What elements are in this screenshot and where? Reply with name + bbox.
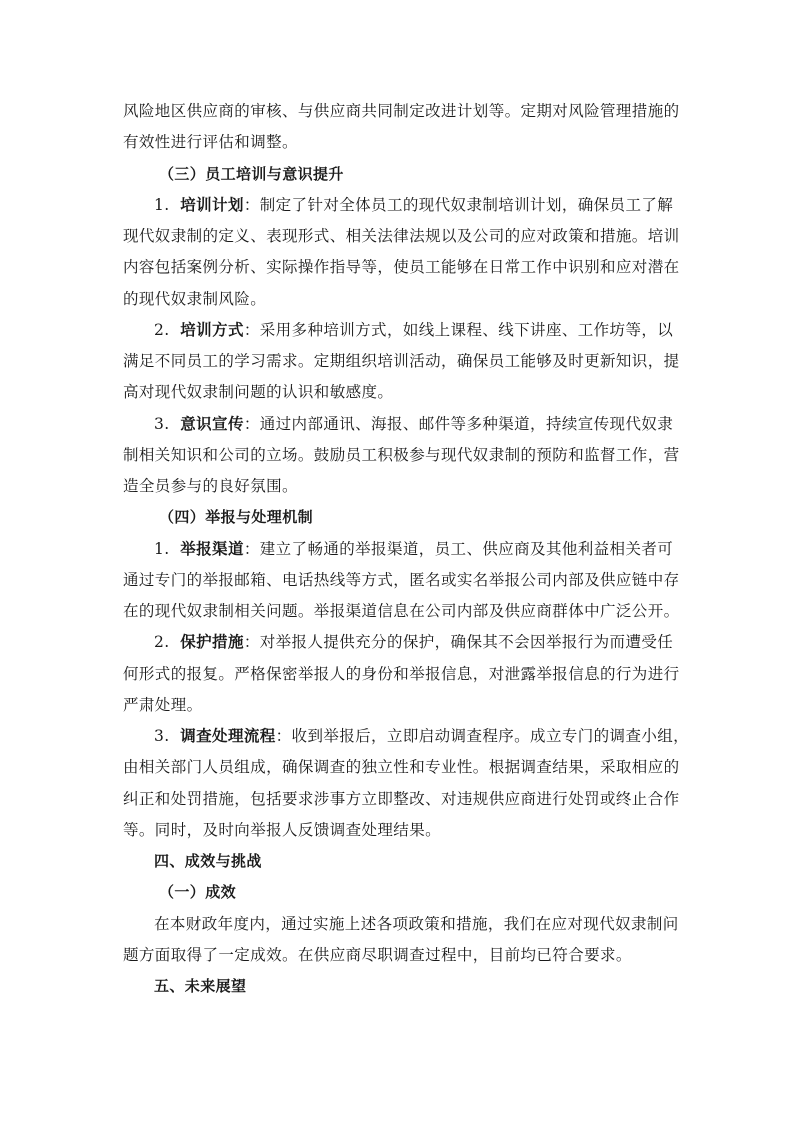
- section-subheading: （一）成效: [123, 877, 673, 908]
- body-line: 高对现代奴隶制问题的认识和敏感度。: [123, 377, 673, 408]
- item-label: 举报渠道: [180, 540, 244, 558]
- body-line: 题方面取得了一定成效。在供应商尽职调查过程中，目前均已符合要求。: [123, 940, 673, 971]
- list-item: 2. 保护措施：对举报人提供充分的保护，确保其不会因举报行为而遭受任: [123, 627, 673, 658]
- item-label: 保护措施: [180, 633, 244, 651]
- body-line: 风险地区供应商的审核、与供应商共同制定改进计划等。定期对风险管理措施的: [123, 96, 673, 127]
- item-text: ：通过内部通讯、海报、邮件等多种渠道，持续宣传现代奴隶: [244, 415, 673, 433]
- body-line: 制相关知识和公司的立场。鼓励员工积极参与现代奴隶制的预防和监督工作，营: [123, 440, 673, 471]
- item-number: 3.: [154, 727, 170, 745]
- list-item: 1. 举报渠道：建立了畅通的举报渠道，员工、供应商及其他利益相关者可: [123, 534, 673, 565]
- body-line: 有效性进行评估和调整。: [123, 127, 673, 158]
- list-item: 3. 调查处理流程：收到举报后，立即启动调查程序。成立专门的调查小组，: [123, 721, 673, 752]
- item-number: 3.: [154, 415, 170, 433]
- paragraph-first-line: 在本财政年度内，通过实施上述各项政策和措施，我们在应对现代奴隶制问: [123, 909, 673, 940]
- body-line: 何形式的报复。严格保密举报人的身份和举报信息，对泄露举报信息的行为进行: [123, 659, 673, 690]
- item-label: 培训方式: [180, 321, 244, 339]
- list-item: 3. 意识宣传：通过内部通讯、海报、邮件等多种渠道，持续宣传现代奴隶: [123, 409, 673, 440]
- body-line: 在的现代奴隶制相关问题。举报渠道信息在公司内部及供应商群体中广泛公开。: [123, 596, 673, 627]
- body-line: 通过专门的举报邮箱、电话热线等方式，匿名或实名举报公司内部及供应链中存: [123, 565, 673, 596]
- body-line: 现代奴隶制的定义、表现形式、相关法律法规以及公司的应对政策和措施。培训: [123, 221, 673, 252]
- item-text: ：采用多种培训方式，如线上课程、线下讲座、工作坊等，以: [244, 321, 673, 339]
- item-text: ：收到举报后，立即启动调查程序。成立专门的调查小组，: [276, 727, 689, 745]
- body-line: 等。同时，及时向举报人反馈调查处理结果。: [123, 815, 673, 846]
- section-subheading: （三）员工培训与意识提升: [123, 159, 673, 190]
- item-number: 1.: [154, 196, 170, 214]
- item-label: 培训计划: [180, 196, 244, 214]
- body-line: 满足不同员工的学习需求。定期组织培训活动，确保员工能够及时更新知识，提: [123, 346, 673, 377]
- list-item: 1. 培训计划：制定了针对全体员工的现代奴隶制培训计划，确保员工了解: [123, 190, 673, 221]
- body-line: 纠正和处罚措施，包括要求涉事方立即整改、对违规供应商进行处罚或终止合作: [123, 784, 673, 815]
- body-line: 由相关部门人员组成，确保调查的独立性和专业性。根据调查结果，采取相应的: [123, 752, 673, 783]
- body-line: 造全员参与的良好氛围。: [123, 471, 673, 502]
- item-text: ：对举报人提供充分的保护，确保其不会因举报行为而遭受任: [244, 633, 673, 651]
- item-number: 2.: [154, 321, 170, 339]
- body-line: 的现代奴隶制风险。: [123, 284, 673, 315]
- item-number: 1.: [154, 540, 170, 558]
- item-label: 调查处理流程: [180, 727, 275, 745]
- section-heading: 五、未来展望: [123, 971, 673, 1002]
- item-label: 意识宣传: [180, 415, 244, 433]
- body-line: 严肃处理。: [123, 690, 673, 721]
- section-subheading: （四）举报与处理机制: [123, 502, 673, 533]
- item-number: 2.: [154, 633, 170, 651]
- item-text: ：制定了针对全体员工的现代奴隶制培训计划，确保员工了解: [244, 196, 673, 214]
- document-page: 风险地区供应商的审核、与供应商共同制定改进计划等。定期对风险管理措施的 有效性进…: [123, 96, 673, 1002]
- section-heading: 四、成效与挑战: [123, 846, 673, 877]
- list-item: 2. 培训方式：采用多种培训方式，如线上课程、线下讲座、工作坊等，以: [123, 315, 673, 346]
- body-line: 内容包括案例分析、实际操作指导等，使员工能够在日常工作中识别和应对潜在: [123, 252, 673, 283]
- item-text: ：建立了畅通的举报渠道，员工、供应商及其他利益相关者可: [244, 540, 673, 558]
